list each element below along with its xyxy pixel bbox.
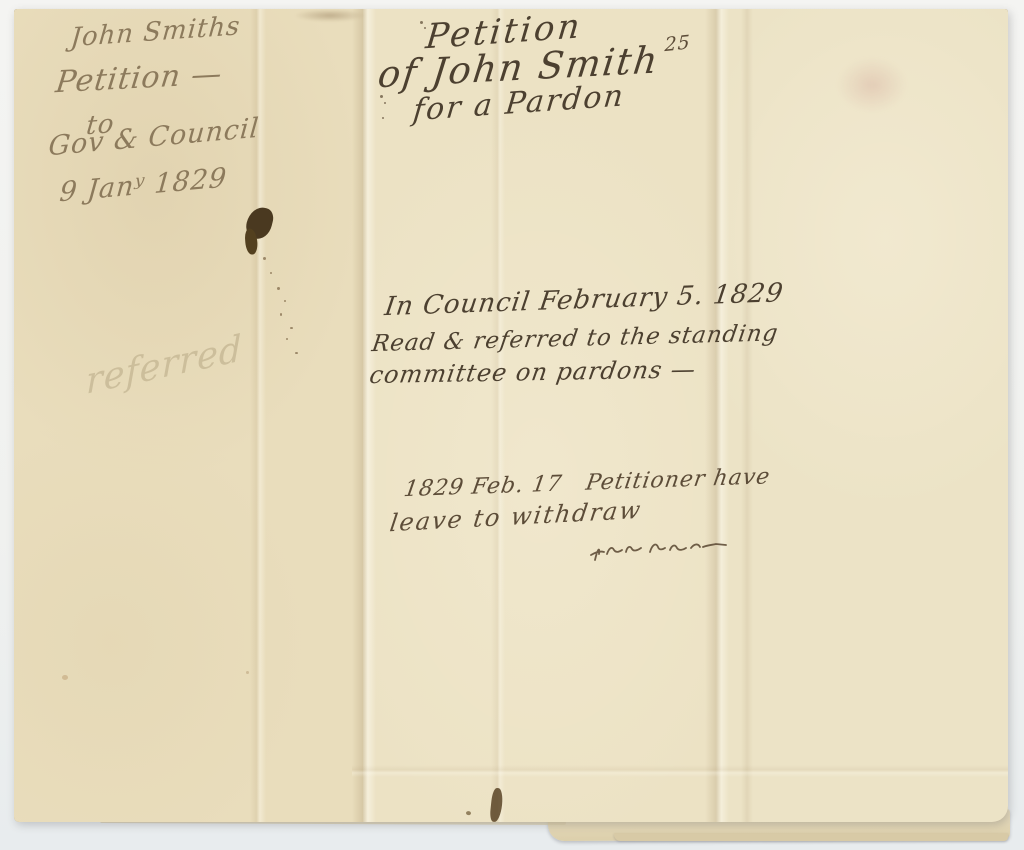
paper-panel-center [363, 9, 716, 822]
signature-scrawl [590, 536, 742, 572]
photo-background: John Smiths Petition — to Gov & Council … [0, 0, 1024, 850]
ink-spatter-dot [286, 338, 288, 340]
foxing-spot [62, 675, 68, 680]
council-note-line: committee on pardons — [368, 355, 699, 389]
paper-panel-right [716, 9, 1008, 822]
ink-spatter-dot [290, 327, 293, 329]
edge-smudge [294, 9, 366, 22]
ink-spatter-dot [280, 313, 282, 316]
ink-speck [382, 117, 384, 119]
seal-stain [837, 57, 907, 113]
ink-spatter-dot [277, 287, 280, 290]
signature-scrawl-svg [590, 536, 742, 568]
folded-petition-document: John Smiths Petition — to Gov & Council … [14, 9, 1008, 822]
ink-spatter-dot [263, 257, 266, 260]
ink-spatter-dot [270, 272, 272, 274]
ink-spatter-dot [284, 300, 286, 302]
ink-spatter-dot [295, 352, 298, 354]
foxing-spot [246, 671, 249, 674]
page-number: 25 [664, 31, 691, 56]
ink-speck [384, 102, 386, 104]
underlying-sheet-edge-2 [614, 833, 1008, 841]
ink-speck [420, 21, 423, 24]
